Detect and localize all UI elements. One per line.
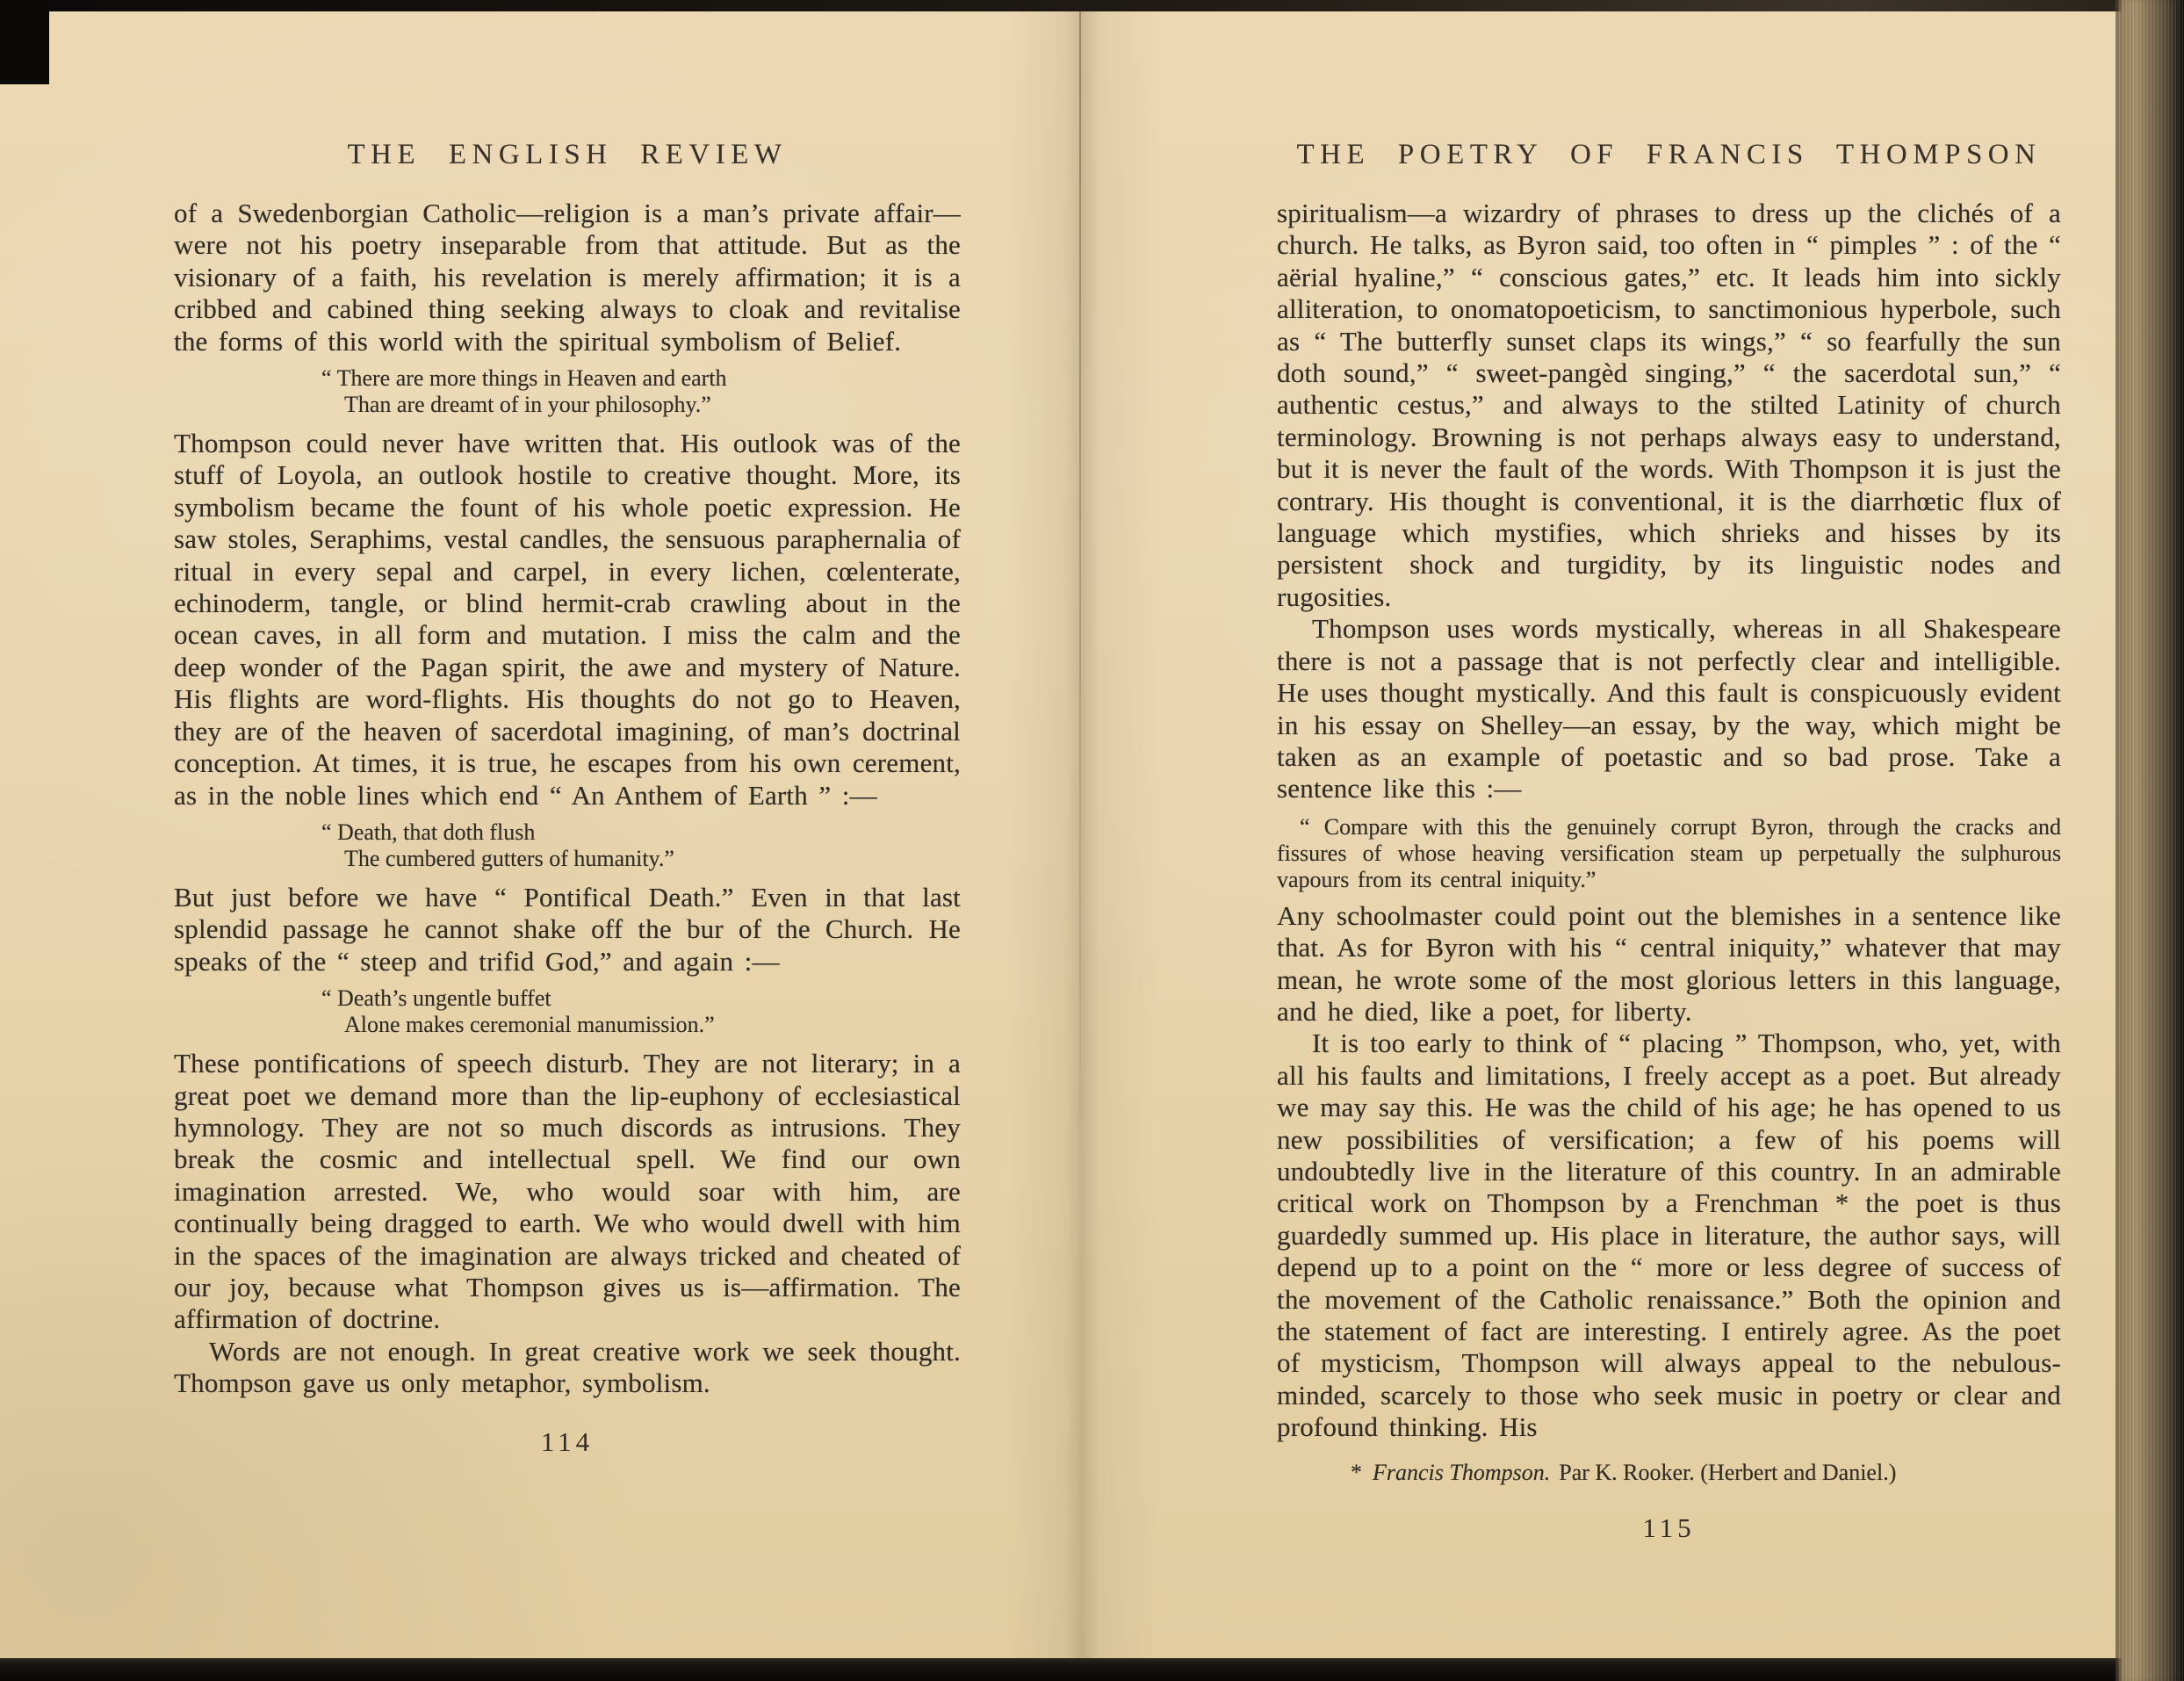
left-running-head: THE ENGLISH REVIEW bbox=[174, 139, 961, 171]
paragraph: of a Swedenborgian Catholic—religion is … bbox=[174, 198, 961, 357]
scan-bottom-edge bbox=[0, 1658, 2184, 1681]
verse-line: The cumbered gutters of humanity.” bbox=[344, 846, 961, 872]
footnote-asterisk: * bbox=[1351, 1460, 1362, 1485]
verse-line: “ There are more things in Heaven and ea… bbox=[321, 365, 961, 392]
verse-line: Alone makes ceremonial manumission.” bbox=[344, 1012, 961, 1038]
verse-quote: “ Death’s ungentle buffetAlone makes cer… bbox=[321, 985, 961, 1038]
verse-line: “ Death, that doth flush bbox=[321, 819, 961, 846]
paragraph: But just before we have “ Pontifical Dea… bbox=[174, 882, 961, 978]
paragraph: These pontifications of speech disturb. … bbox=[174, 1048, 961, 1336]
scan-top-edge bbox=[0, 0, 2184, 11]
footnote: *Francis Thompson.Par K. Rooker. (Herber… bbox=[1351, 1460, 2061, 1486]
paragraph: Words are not enough. In great creative … bbox=[174, 1336, 961, 1400]
left-text-block: of a Swedenborgian Catholic—religion is … bbox=[174, 198, 961, 1400]
paragraph: Thompson uses words mystically, whereas … bbox=[1277, 613, 2061, 804]
left-page: THE ENGLISH REVIEW of a Swedenborgian Ca… bbox=[174, 139, 961, 1458]
verse-line: “ Death’s ungentle buffet bbox=[321, 985, 961, 1012]
gutter-crease bbox=[1079, 0, 1081, 1210]
scan-corner-notch bbox=[0, 0, 49, 84]
paragraph: It is too early to think of “ placing ” … bbox=[1277, 1028, 2061, 1443]
verse-quote: “ Death, that doth flushThe cumbered gut… bbox=[321, 819, 961, 872]
right-page-number: 115 bbox=[1277, 1512, 2061, 1544]
book-spread-scan: THE ENGLISH REVIEW of a Swedenborgian Ca… bbox=[0, 0, 2184, 1681]
left-page-number: 114 bbox=[174, 1426, 961, 1458]
book-fore-edge bbox=[2116, 0, 2184, 1681]
paragraph: spiritualism—a wizardry of phrases to dr… bbox=[1277, 198, 2061, 613]
paragraph: Thompson could never have written that. … bbox=[174, 428, 961, 812]
right-page: THE POETRY OF FRANCIS THOMPSON spiritual… bbox=[1277, 139, 2061, 1544]
footnote-title-italic: Francis Thompson. bbox=[1373, 1460, 1550, 1485]
right-running-head: THE POETRY OF FRANCIS THOMPSON bbox=[1277, 139, 2061, 171]
verse-quote: “ There are more things in Heaven and ea… bbox=[321, 365, 961, 418]
prose-quote: “ Compare with this the genuinely corrup… bbox=[1277, 814, 2061, 893]
gutter-shadow bbox=[1006, 0, 1161, 1681]
verse-line: Than are dreamt of in your philosophy.” bbox=[344, 392, 961, 418]
right-text-block: spiritualism—a wizardry of phrases to dr… bbox=[1277, 198, 2061, 1486]
paragraph: Any schoolmaster could point out the ble… bbox=[1277, 900, 2061, 1028]
